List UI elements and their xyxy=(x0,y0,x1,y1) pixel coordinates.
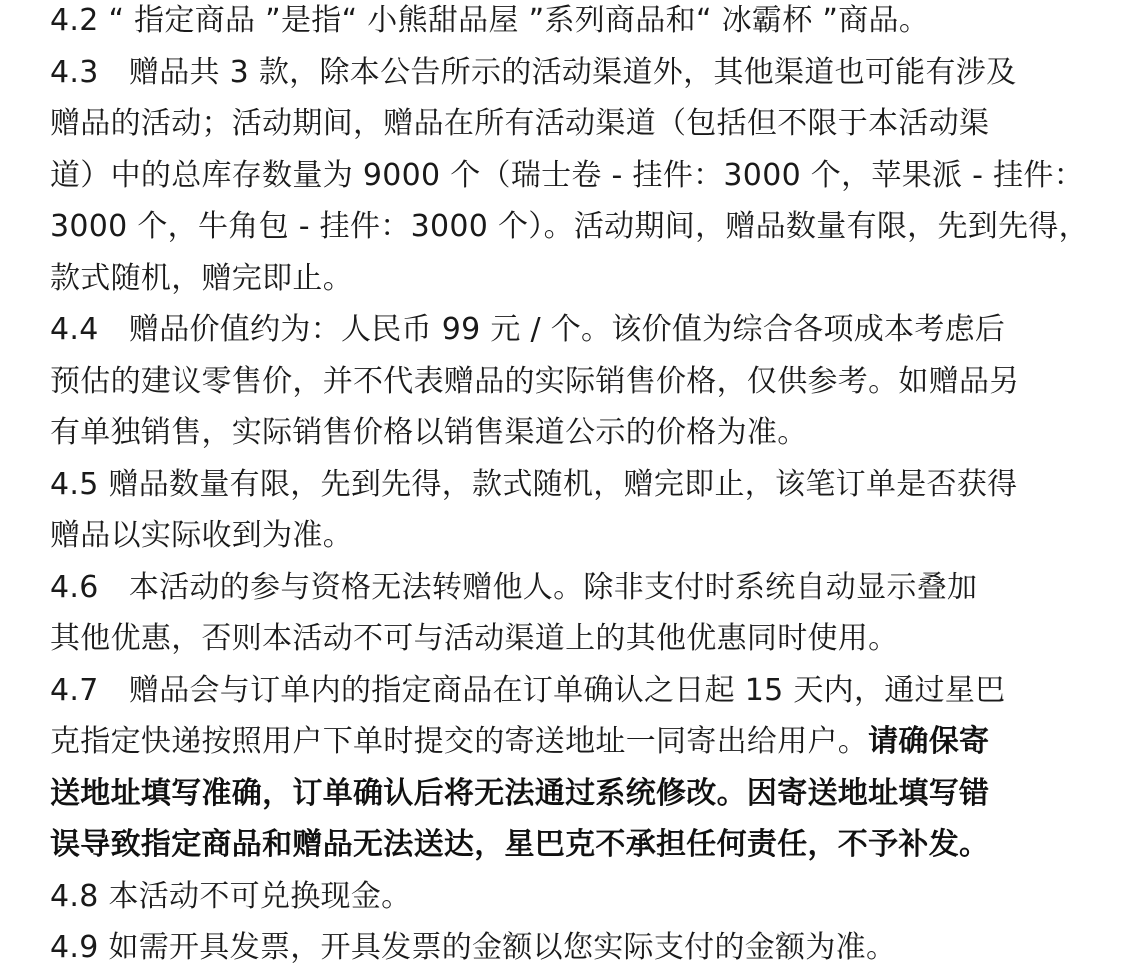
warning-text-bold: 送地址填写准确，订单确认后将无法通过系统修改。因寄送地址填写错 xyxy=(50,768,1090,820)
clause-4-8: 4.8 本活动不可兑换现金。 xyxy=(50,871,1090,923)
clause-4-7: 4.7 赠品会与订单内的指定商品在订单确认之日起 15 天内，通过星巴 克指定快… xyxy=(50,665,1090,871)
clause-text: 克指定快递按照用户下单时提交的寄送地址一同寄出给用户。 xyxy=(50,724,868,759)
clause-line: 4.4 赠品价值约为：人民币 99 元 / 个。该价值为综合各项成本考虑后 xyxy=(50,304,1090,356)
terms-document: 4.2 “ 指定商品 ”是指“ 小熊甜品屋 ”系列商品和“ 冰霸杯 ”商品。 4… xyxy=(50,0,1090,969)
clause-4-9: 4.9 如需开具发票，开具发票的金额以您实际支付的金额为准。 xyxy=(50,922,1090,969)
clause-4-6: 4.6 本活动的参与资格无法转赠他人。除非支付时系统自动显示叠加 其他优惠，否则… xyxy=(50,562,1090,665)
clause-line: 赠品以实际收到为准。 xyxy=(50,510,1090,562)
clause-line: 道）中的总库存数量为 9000 个（瑞士卷 - 挂件：3000 个，苹果派 - … xyxy=(50,150,1090,202)
clause-line: 4.7 赠品会与订单内的指定商品在订单确认之日起 15 天内，通过星巴 xyxy=(50,665,1090,717)
clause-line: 赠品的活动；活动期间，赠品在所有活动渠道（包括但不限于本活动渠 xyxy=(50,98,1090,150)
clause-line: 4.3 赠品共 3 款，除本公告所示的活动渠道外，其他渠道也可能有涉及 xyxy=(50,47,1090,99)
clause-4-5: 4.5 赠品数量有限，先到先得，款式随机，赠完即止，该笔订单是否获得 赠品以实际… xyxy=(50,459,1090,562)
clause-line: 4.2 “ 指定商品 ”是指“ 小熊甜品屋 ”系列商品和“ 冰霸杯 ”商品。 xyxy=(50,0,1090,47)
warning-text-bold: 请确保寄 xyxy=(868,724,989,759)
clause-line: 预估的建议零售价，并不代表赠品的实际销售价格，仅供参考。如赠品另 xyxy=(50,356,1090,408)
clause-line: 有单独销售，实际销售价格以销售渠道公示的价格为准。 xyxy=(50,407,1090,459)
warning-text-bold: 误导致指定商品和赠品无法送达，星巴克不承担任何责任，不予补发。 xyxy=(50,819,1090,871)
clause-line: 4.6 本活动的参与资格无法转赠他人。除非支付时系统自动显示叠加 xyxy=(50,562,1090,614)
clause-line: 4.5 赠品数量有限，先到先得，款式随机，赠完即止，该笔订单是否获得 xyxy=(50,459,1090,511)
clause-line: 克指定快递按照用户下单时提交的寄送地址一同寄出给用户。请确保寄 xyxy=(50,716,1090,768)
clause-4-3: 4.3 赠品共 3 款，除本公告所示的活动渠道外，其他渠道也可能有涉及 赠品的活… xyxy=(50,47,1090,305)
clause-line: 3000 个，牛角包 - 挂件：3000 个）。活动期间，赠品数量有限，先到先得… xyxy=(50,201,1090,253)
clause-line: 4.8 本活动不可兑换现金。 xyxy=(50,871,1090,923)
clause-line: 款式随机，赠完即止。 xyxy=(50,253,1090,305)
clause-4-4: 4.4 赠品价值约为：人民币 99 元 / 个。该价值为综合各项成本考虑后 预估… xyxy=(50,304,1090,459)
clause-line: 4.9 如需开具发票，开具发票的金额以您实际支付的金额为准。 xyxy=(50,922,1090,969)
clause-4-2: 4.2 “ 指定商品 ”是指“ 小熊甜品屋 ”系列商品和“ 冰霸杯 ”商品。 xyxy=(50,0,1090,47)
clause-line: 其他优惠，否则本活动不可与活动渠道上的其他优惠同时使用。 xyxy=(50,613,1090,665)
